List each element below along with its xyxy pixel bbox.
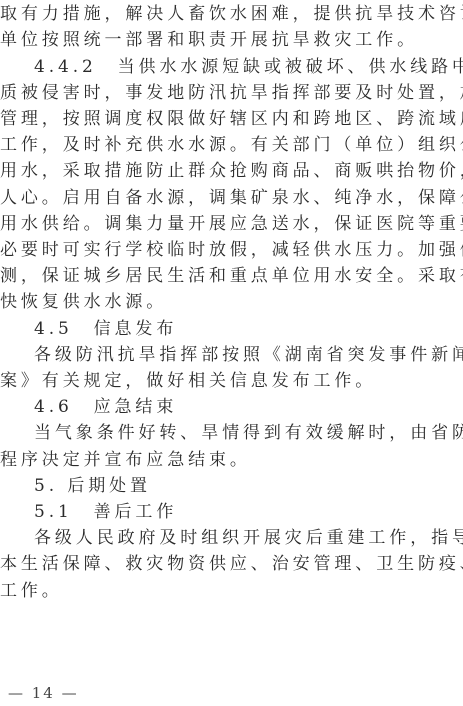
text-line: 案》有关规定，做好相关信息发布工作。 xyxy=(0,369,463,394)
text-line: 用水供给。调集力量开展应急送水，保证医院等重要行业用水， xyxy=(0,212,463,237)
text-line: 各级人民政府及时组织开展灾后重建工作，指导灾区做好基 xyxy=(34,526,463,551)
text-line: 必要时可实行学校临时放假，减轻供水压力。加强供水水质检 xyxy=(0,238,463,263)
section-heading-4-6: 4.6 应急结束 xyxy=(34,395,463,420)
text-line: 人心。启用自备水源，调集矿泉水、纯净水，保障公众基本生活 xyxy=(0,186,463,211)
section-heading-5-1: 5.1 善后工作 xyxy=(34,500,463,525)
text-line: 工作，及时补充供水水源。有关部门（单位）组织公众储备应急 xyxy=(0,133,463,158)
document-page: 取有力措施，解决人畜饮水困难，提供抗旱技术咨询等。各成员 单位按照统一部署和职责… xyxy=(0,0,463,706)
page-number: — 14 — xyxy=(8,684,79,702)
text-line: 本生活保障、救灾物资供应、治安管理、卫生防疫、生产恢复等 xyxy=(0,552,463,577)
text-line: 质被侵害时，事发地防汛抗旱指挥部要及时处置，加强统一调水 xyxy=(0,81,463,106)
text-line: 工作。 xyxy=(0,579,463,604)
text-line: 取有力措施，解决人畜饮水困难，提供抗旱技术咨询等。各成员 xyxy=(0,2,463,27)
text-line: 程序决定并宣布应急结束。 xyxy=(0,448,463,473)
text-line: 单位按照统一部署和职责开展抗旱救灾工作。 xyxy=(0,28,463,53)
section-heading-5: 5. 后期处置 xyxy=(34,474,463,499)
text-line: 用水，采取措施防止群众抢购商品、商贩哄抬物价，稳定市场和 xyxy=(0,159,463,184)
text-line: 当气象条件好转、旱情得到有效缓解时，由省防指按照有关 xyxy=(34,421,463,446)
text-line: 快恢复供水水源。 xyxy=(0,290,463,315)
text-line: 测，保证城乡居民生活和重点单位用水安全。采取有力措施，尽 xyxy=(0,264,463,289)
text-line: 各级防汛抗旱指挥部按照《湖南省突发事件新闻发布应急预 xyxy=(34,343,463,368)
section-heading-4-4-2: 4.4.2 当供水水源短缺或被破坏、供水线路中断、供水水 xyxy=(34,55,463,80)
text-line: 管理，按照调度权限做好辖区内和跨地区、跨流域应急调水相关 xyxy=(0,107,463,132)
section-heading-4-5: 4.5 信息发布 xyxy=(34,317,463,342)
